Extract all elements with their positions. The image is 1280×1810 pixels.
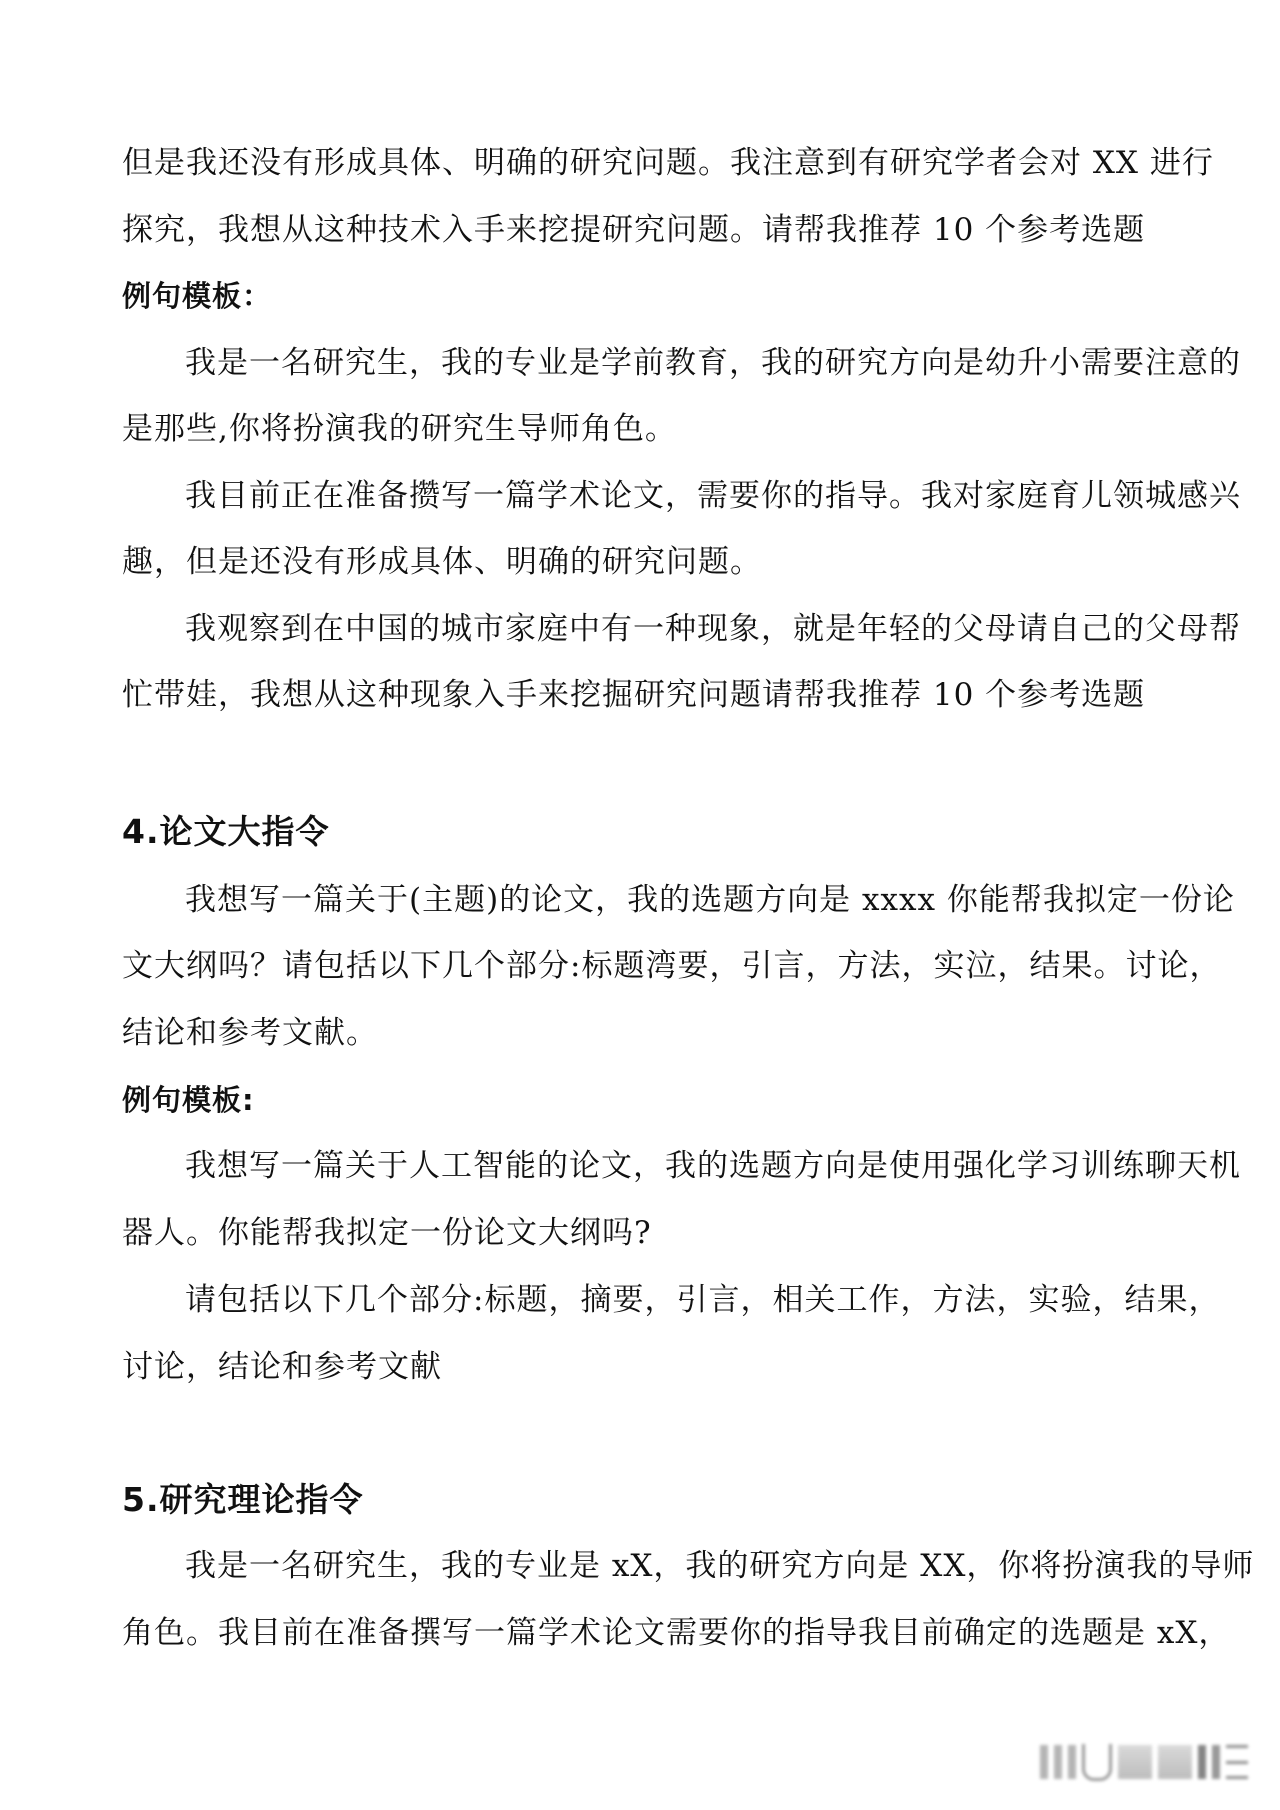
section-heading-5: 5.研究理论指令 xyxy=(122,1480,1162,1520)
body-line: 我是一名研究生，我的专业是学前教育，我的研究方向是幼升小需要注意的 xyxy=(185,343,1225,383)
body-line: 是那些,你将扮演我的研究生导师角色。 xyxy=(122,409,1162,449)
body-line: 我想写一篇关于(主题)的论文，我的选题方向是 xxxx 你能帮我拟定一份论 xyxy=(185,880,1225,920)
body-line: 但是我还没有形成具体、明确的研究问题。我注意到有研究学者会对 XX 进行 xyxy=(122,143,1162,183)
example-template-label: 例句模板： xyxy=(122,276,1162,316)
example-template-label: 例句模板: xyxy=(122,1080,1162,1120)
body-line: 我目前正在准备攒写一篇学术论文，需要你的指导。我对家庭育儿领城感兴 xyxy=(185,476,1225,516)
body-line: 讨论，结论和参考文献 xyxy=(122,1347,1162,1387)
body-line: 角色。我目前在准备撰写一篇学术论文需要你的指导我目前确定的选题是 xX， xyxy=(122,1613,1162,1653)
body-line: 请包括以下几个部分:标题，摘要，引言，相关工作，方法，实验，结果， xyxy=(185,1280,1225,1320)
body-line: 趣，但是还没有形成具体、明确的研究问题。 xyxy=(122,542,1162,582)
section-heading-4: 4.论文大指令 xyxy=(122,812,1162,852)
body-line: 我想写一篇关于人工智能的论文，我的选题方向是使用强化学习训练聊天机 xyxy=(185,1146,1225,1186)
watermark-logo-icon xyxy=(1040,1742,1260,1782)
body-line: 结论和参考文献。 xyxy=(122,1013,1162,1053)
body-line: 器人。你能帮我拟定一份论文大纲吗? xyxy=(122,1213,1162,1253)
body-line: 文大纲吗？请包括以下几个部分:标题湾要，引言，方法，实泣，结果。讨论， xyxy=(122,946,1162,986)
body-line: 我观察到在中国的城市家庭中有一种现象，就是年轻的父母请自己的父母帮 xyxy=(185,609,1225,649)
body-line: 我是一名研究生，我的专业是 xX，我的研究方向是 XX，你将扮演我的导师 xyxy=(185,1546,1225,1586)
body-line: 忙带娃，我想从这种现象入手来挖掘研究问题请帮我推荐 10 个参考选题 xyxy=(122,675,1162,715)
body-line: 探究，我想从这种技术入手来挖提研究问题。请帮我推荐 10 个参考选题 xyxy=(122,210,1162,250)
